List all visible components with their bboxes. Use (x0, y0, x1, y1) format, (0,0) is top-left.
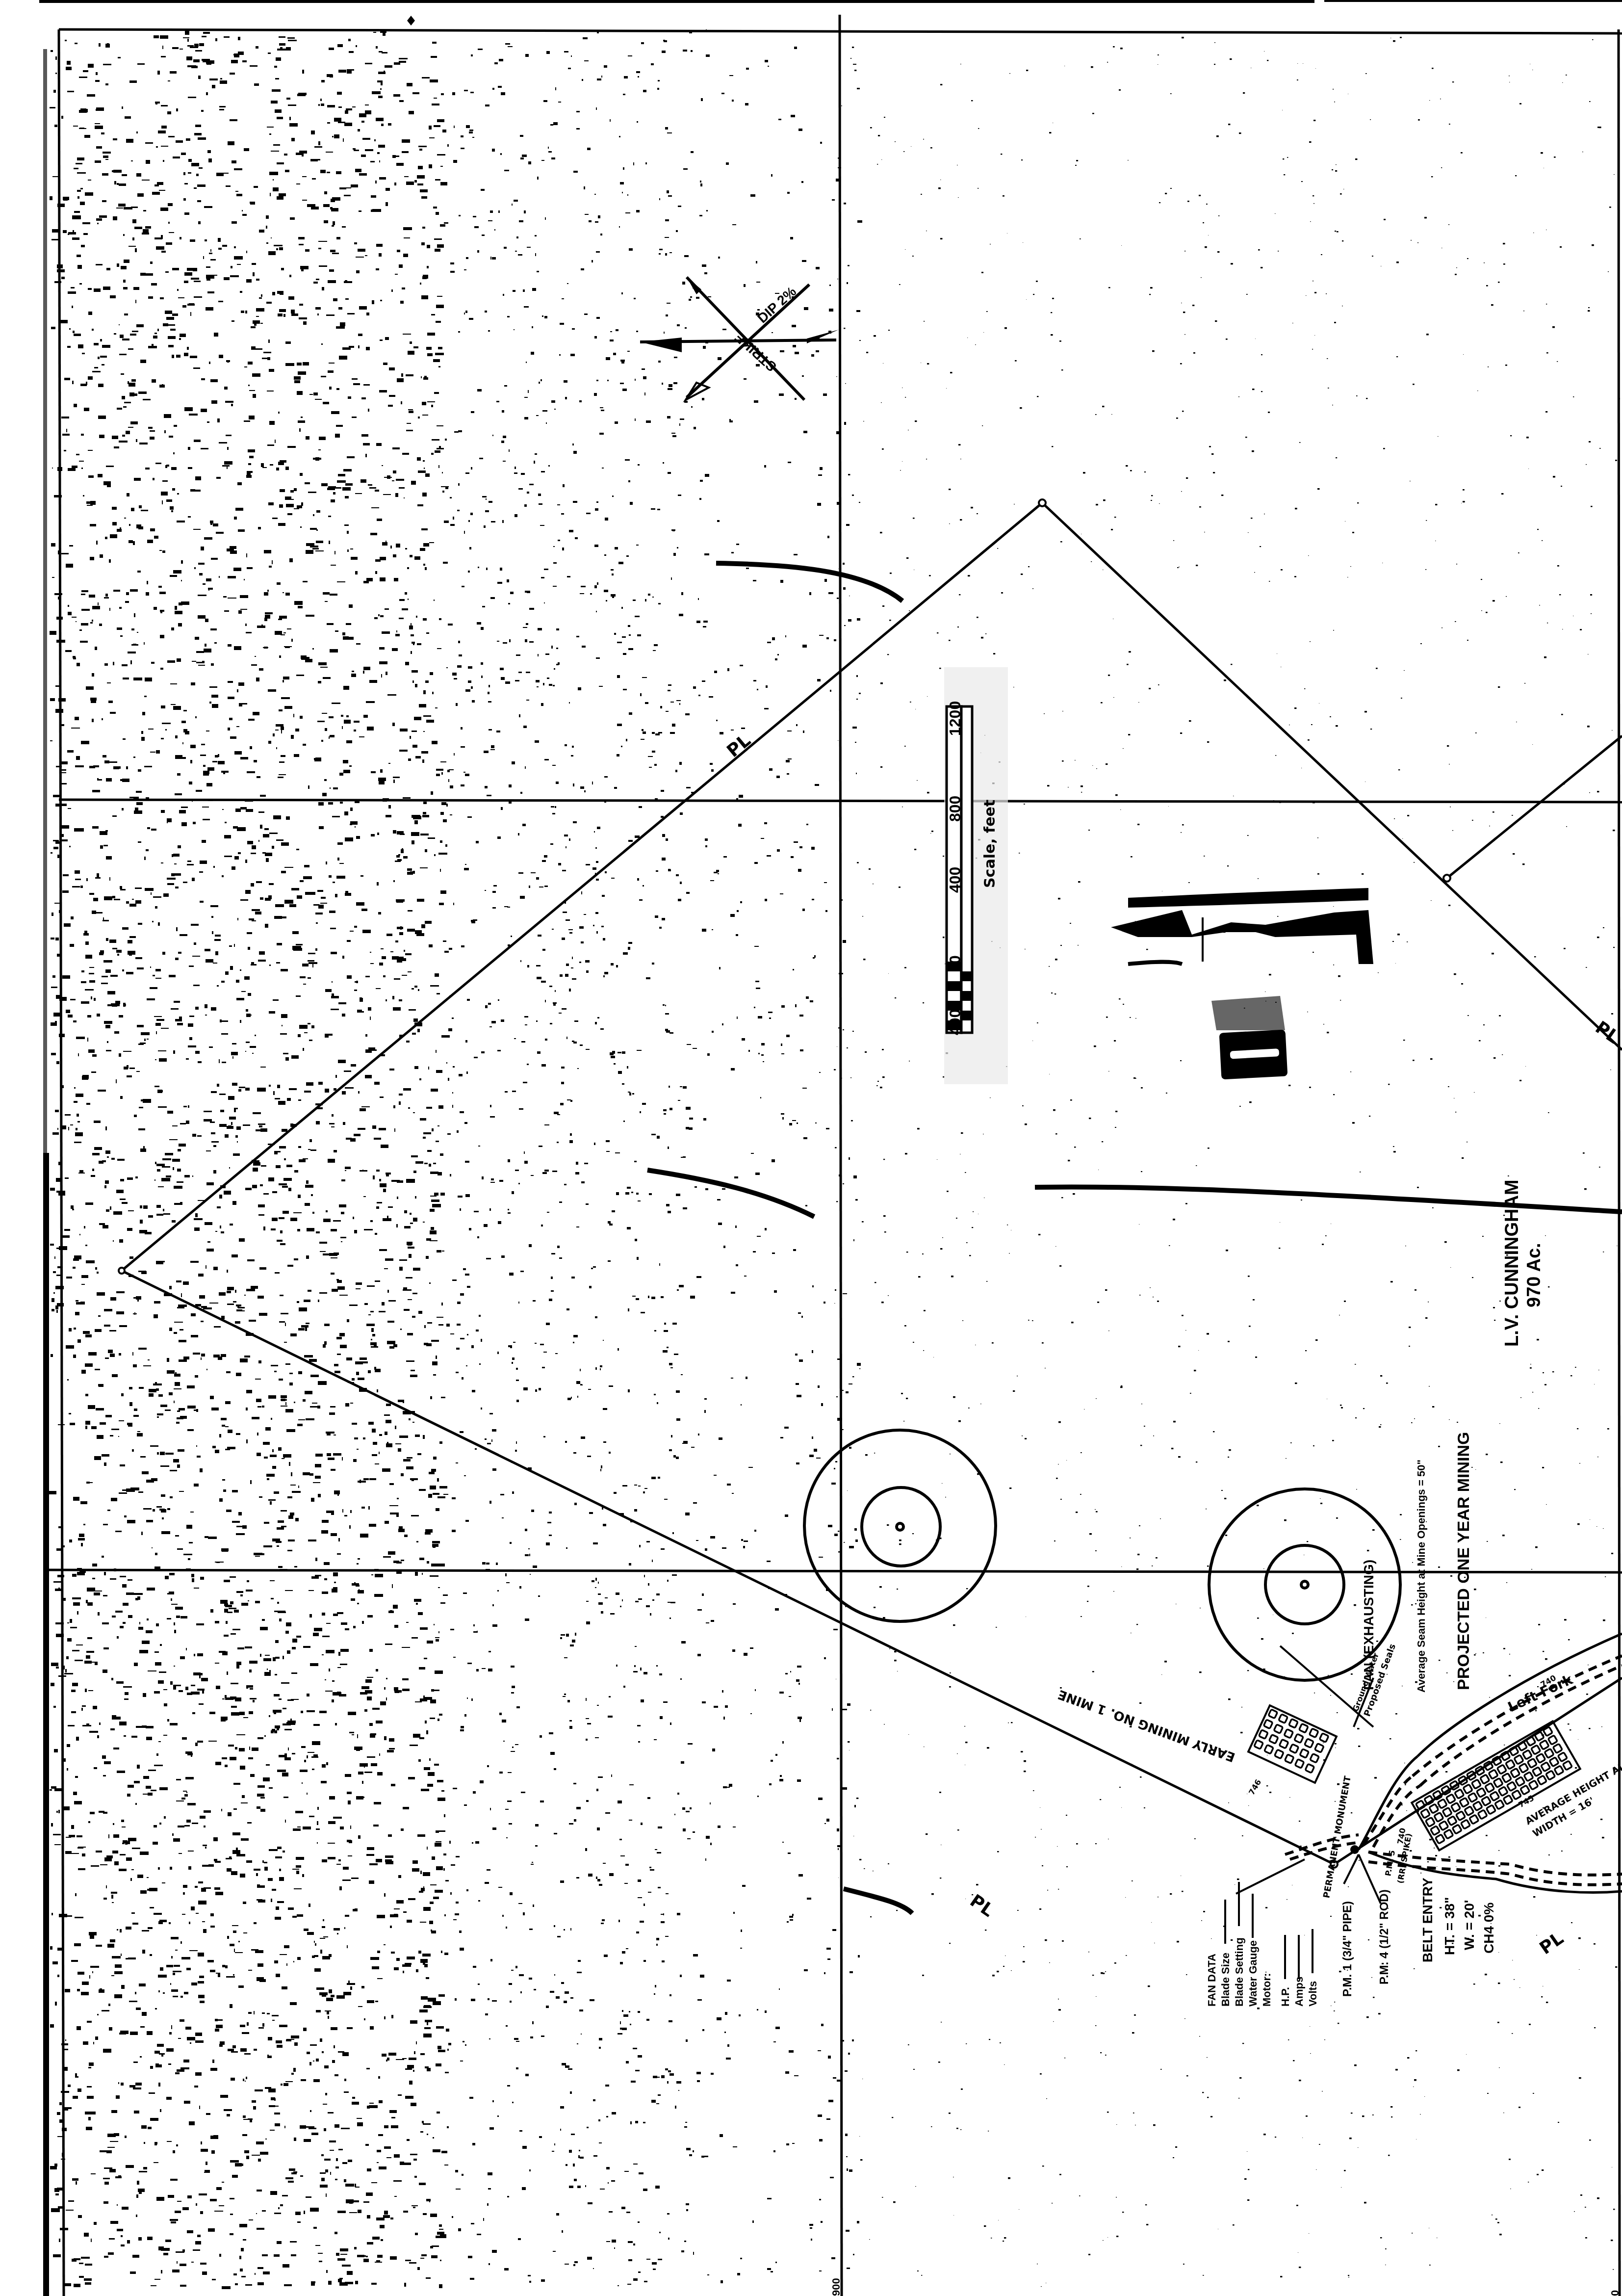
fan-data-field: Volts (1307, 1981, 1319, 2007)
svg-text:HT. = 38": HT. = 38" (1442, 1897, 1457, 1955)
fan-data-title: FAN DATA (1206, 1954, 1218, 2007)
fan-data-field: Motor: (1261, 1973, 1273, 2007)
owner-acreage: 970 Ac. (1524, 1243, 1545, 1307)
scale-tick-4: 1200 (946, 701, 964, 736)
fan-data-field: Blade Size (1219, 1953, 1232, 2007)
svg-text:W. = 20': W. = 20' (1462, 1900, 1477, 1950)
fan-data-field: H.P. (1279, 1987, 1291, 2007)
pm1-label: P.M. 1 (3/4" PIPE) (1341, 1901, 1354, 1997)
svg-text:CH4 0%: CH4 0% (1481, 1903, 1496, 1954)
grid-label-bottom-right: 0 (1609, 2290, 1621, 2296)
svg-text:BELT ENTRY: BELT ENTRY (1420, 1878, 1435, 1962)
grid-label-bottom: 900 (830, 2278, 842, 2296)
scale-bar: 400 0 400 800 1200 Scale, feet (944, 667, 1008, 1084)
fan-data-field: Water Gauge (1247, 1940, 1259, 2007)
stamp-box-icon (1211, 996, 1287, 1079)
scale-label: Scale, feet (981, 800, 999, 888)
left-edge-band (43, 1153, 49, 2296)
scale-tick-3: 800 (946, 796, 964, 822)
owner-name: L.V. CUNNINGHAM (1502, 1179, 1522, 1347)
scale-tick-1: 0 (946, 955, 964, 964)
pm4-label: P.M. 4 (1/2" ROD) (1378, 1889, 1391, 1984)
fan-data-field: Blade Setting (1233, 1937, 1245, 2007)
monument-marker-icon (1350, 1845, 1359, 1854)
seam-height-note: Average Seam Height at Mine Openings = 5… (1415, 1460, 1427, 1693)
scale-tick-2: 400 (946, 867, 964, 893)
mine-map: PL PL PL PL DIP 2% STRIKE (0, 0, 1622, 2296)
map-title: PROJECTED ONE YEAR MINING (1454, 1432, 1473, 1690)
scale-tick-0: 400 (946, 1009, 964, 1035)
fan-data-field: Amps (1293, 1977, 1305, 2007)
